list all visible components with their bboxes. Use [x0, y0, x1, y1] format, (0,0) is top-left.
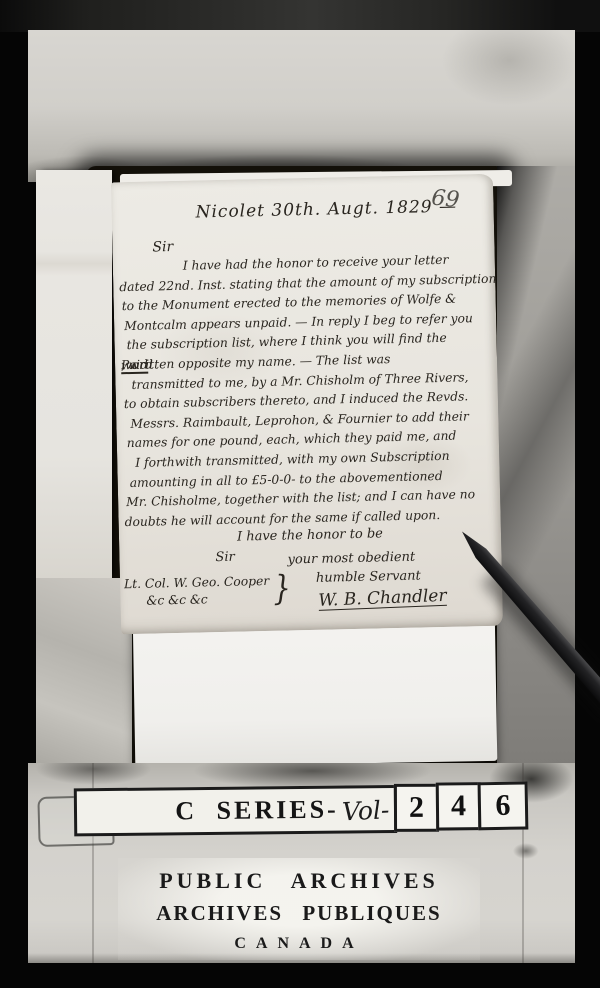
- letter-dateline: Nicolet 30th. Augt. 1829 —: [195, 197, 457, 223]
- right-shadow-column: [497, 166, 575, 768]
- series-label-card: C SERIES- Vol-: [74, 785, 397, 836]
- letter-body: I have had the honor to receive your let…: [119, 252, 499, 532]
- left-page-stack: [36, 170, 112, 578]
- letter-closing-sir: Sir: [215, 550, 235, 565]
- film-top-band: [0, 0, 600, 32]
- addressee-etc: &c &c &c: [146, 590, 269, 607]
- letter-closing-honor: I have the honor to be: [237, 526, 383, 544]
- archives-line-country: CANADA: [234, 935, 363, 953]
- volume-label-handwritten: Vol-: [341, 795, 390, 826]
- microfilm-frame: 69 Nicolet 30th. Augt. 1829 — Sir I have…: [0, 0, 600, 988]
- addressee-brace: }: [273, 568, 291, 608]
- archives-line-en: PUBLIC ARCHIVES: [159, 868, 439, 894]
- archives-line-fr: ARCHIVES PUBLIQUES: [156, 901, 441, 926]
- letter-closing-servant: humble Servant: [316, 568, 421, 585]
- volume-digit-card-2: 4: [436, 782, 482, 830]
- left-lower-board: [36, 578, 132, 768]
- series-label-strip: C SERIES- Vol- 2 4 6: [74, 784, 528, 837]
- letter-page: 69 Nicolet 30th. Augt. 1829 — Sir I have…: [111, 174, 503, 635]
- letter-salutation: Sir: [152, 239, 173, 255]
- letter-addressee: Lt. Col. W. Geo. Cooper &c &c &c }: [124, 568, 294, 612]
- archives-stamp-card: PUBLIC ARCHIVES ARCHIVES PUBLIQUES CANAD…: [118, 858, 480, 960]
- backing-board-top: [28, 30, 575, 182]
- series-label: C SERIES-: [175, 795, 339, 827]
- letter-signature: W. B. Chandler: [318, 586, 447, 611]
- addressee-lines: Lt. Col. W. Geo. Cooper &c &c &c: [124, 573, 270, 607]
- letter-closing-obedient: your most obedient: [287, 550, 415, 568]
- volume-digit-card-1: 2: [394, 784, 439, 832]
- volume-digit-card-3: 6: [478, 781, 529, 830]
- addressee-name: Lt. Col. W. Geo. Cooper: [124, 573, 269, 590]
